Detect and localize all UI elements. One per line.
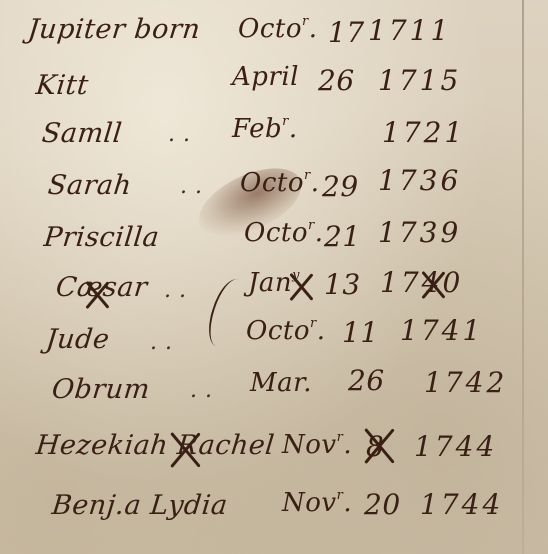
- entry-name: Priscilla: [42, 222, 160, 253]
- entry-name: Samll: [40, 118, 123, 149]
- entry-day: 29: [322, 170, 359, 203]
- entry-day: 11: [342, 316, 379, 349]
- register-entry: Kitt April 26 1715: [0, 62, 548, 108]
- entry-year: 1744: [414, 430, 497, 463]
- entry-month: Febr.: [232, 114, 298, 144]
- register-entry: Samll . . Febr. 1721: [0, 110, 548, 156]
- strikethrough-cross-icon: [284, 270, 316, 304]
- entry-year: 1744: [420, 488, 503, 521]
- register-entry: Obrum . . Mar. 26 1742: [0, 364, 548, 410]
- entry-year: 1721: [382, 116, 465, 149]
- strikethrough-cross-icon: [362, 424, 394, 468]
- leader-dots: . .: [180, 174, 202, 199]
- leader-dots: . .: [150, 330, 172, 355]
- document-page: Jupiter born Octor. 17 1711 Kitt April 2…: [0, 0, 548, 554]
- register-entry: Jupiter born Octor. 17 1711: [0, 14, 548, 60]
- entry-year: 1741: [400, 314, 483, 347]
- entry-name: Hezekiah Rachel: [34, 430, 276, 461]
- leader-dots: . .: [164, 278, 186, 303]
- register-entry: Sarah . . Octor. 29 1736: [0, 160, 548, 206]
- leader-dots: . .: [168, 122, 190, 147]
- entry-year: 1715: [378, 64, 461, 97]
- entry-year: 1736: [378, 164, 461, 197]
- register-entry: Jude . . Octor. 11 1741: [0, 312, 548, 358]
- strikethrough-cross-icon: [80, 278, 112, 312]
- entry-month: Novr.: [282, 430, 352, 460]
- entry-month: Novr.: [282, 488, 352, 518]
- entry-name: Obrum: [50, 374, 151, 405]
- register-entry-crossed: Hezekiah Rachel Novr. 8 1744: [0, 428, 548, 474]
- entry-day: 20: [364, 488, 401, 521]
- entry-year: 1739: [378, 216, 461, 249]
- entry-name: Jupiter born: [26, 14, 202, 45]
- leader-dots: . .: [190, 378, 212, 403]
- entry-name: Jude: [44, 324, 111, 355]
- entry-year: 1711: [368, 14, 451, 47]
- entry-day: 26: [318, 64, 355, 97]
- entry-month: Mar.: [250, 368, 312, 398]
- entry-month: April: [232, 62, 299, 92]
- entry-day: 17: [328, 16, 365, 49]
- register-entry: Priscilla Octor. 21 1739: [0, 212, 548, 258]
- entry-name: Kitt: [34, 70, 90, 101]
- entry-name: Benj.a Lydia: [50, 490, 229, 521]
- entry-year: 1742: [424, 366, 507, 399]
- entry-month: Octor.: [238, 14, 317, 44]
- entry-name: Sarah: [46, 170, 133, 201]
- register-entry: Benj.a Lydia Novr. 20 1744: [0, 482, 548, 528]
- strikethrough-cross-icon: [416, 268, 448, 302]
- entry-month: Octor.: [240, 168, 319, 198]
- entry-day: 13: [324, 268, 361, 301]
- entry-month: Octor.: [244, 218, 323, 248]
- strikethrough-cross-icon: [168, 428, 200, 472]
- entry-day: 26: [348, 364, 385, 397]
- register-entry-crossed: Cæsar . . Jany 13 1740: [0, 264, 548, 310]
- entry-month: Octor.: [246, 316, 325, 346]
- entry-day: 21: [324, 220, 361, 253]
